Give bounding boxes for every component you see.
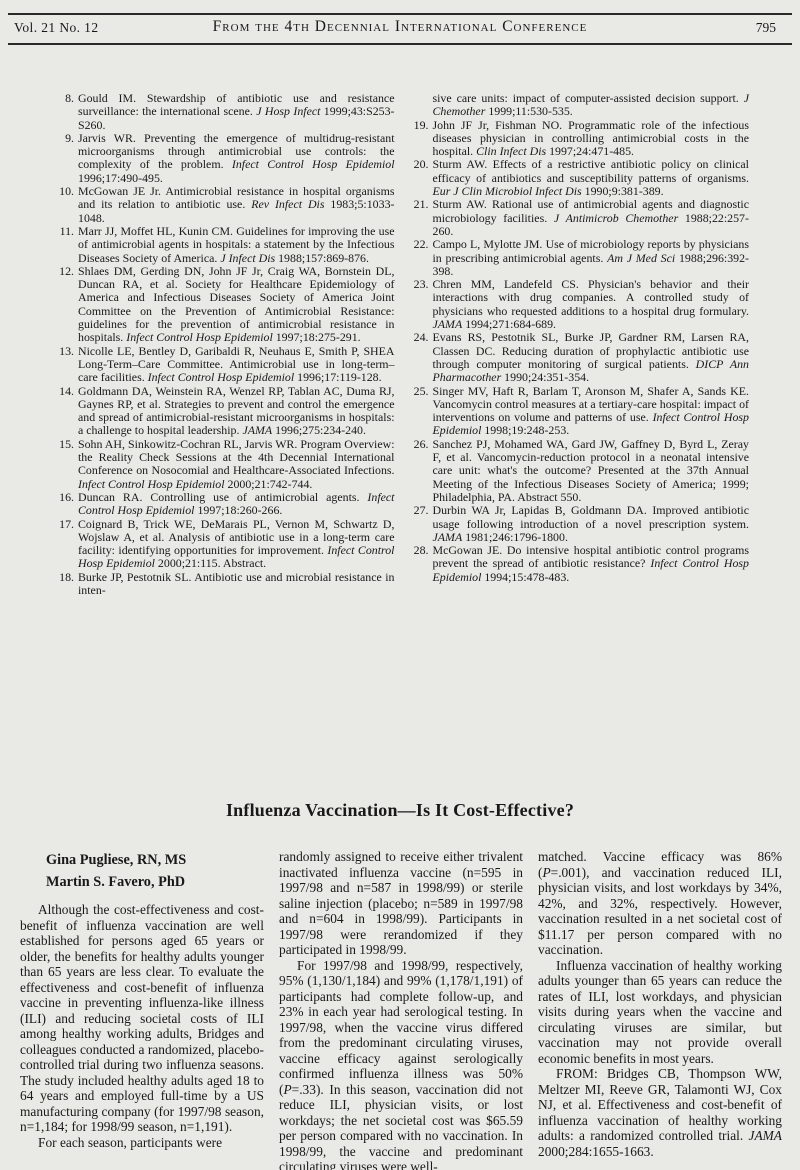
italic-text: JAMA	[433, 317, 463, 331]
reference-item: 9.Jarvis WR. Preventing the emergence of…	[55, 132, 395, 185]
reference-continuation: sive care units: impact of computer-assi…	[410, 92, 750, 119]
italic-text: Clin Infect Dis	[476, 144, 546, 158]
reference-number: 8.	[55, 92, 74, 105]
article-paragraph: For 1997/98 and 1998/99, respectively, 9…	[279, 958, 523, 1170]
italic-text: Infect Control Hosp Epidemiol	[232, 157, 395, 171]
reference-item: 28.McGowan JE. Do intensive hospital ant…	[410, 544, 750, 584]
article-paragraph: For each season, participants were	[20, 1135, 264, 1151]
reference-number: 27.	[410, 504, 429, 517]
text-run: 1994;15:478-483.	[481, 570, 569, 584]
reference-number: 19.	[410, 119, 429, 132]
reference-number: 21.	[410, 198, 429, 211]
italic-text: JAMA	[242, 423, 272, 437]
italic-text: P	[542, 865, 550, 880]
italic-text: JAMA	[749, 1128, 782, 1143]
journal-page: Vol. 21 No. 12 From the 4th Decennial In…	[0, 0, 800, 1170]
text-run: 1990;24:351-354.	[501, 370, 589, 384]
reference-number: 10.	[55, 185, 74, 198]
reference-number: 26.	[410, 438, 429, 451]
reference-number: 20.	[410, 158, 429, 171]
text-run: Burke JP, Pestotnik SL. Antibiotic use a…	[78, 570, 395, 597]
reference-item: 22.Campo L, Mylotte JM. Use of microbiol…	[410, 238, 750, 278]
reference-number: 23.	[410, 278, 429, 291]
italic-text: Infect Control Hosp Epidemiol	[126, 330, 273, 344]
reference-item: 21.Sturm AW. Rational use of antimicrobi…	[410, 198, 750, 238]
reference-number: 12.	[55, 265, 74, 278]
reference-list: 8.Gould IM. Stewardship of antibiotic us…	[55, 92, 749, 597]
italic-text: Infect Control Hosp Epidemiol	[148, 370, 295, 384]
header-rule-bottom	[8, 43, 792, 45]
italic-text: P	[283, 1082, 291, 1097]
page-number: 795	[756, 20, 776, 36]
text-run: 1997;18:260-266.	[195, 503, 283, 517]
author-name-2: Martin S. Favero, PhD	[46, 871, 264, 893]
reference-item: 27.Durbin WA Jr, Lapidas B, Goldmann DA.…	[410, 504, 750, 544]
text-run: Duncan RA. Controlling use of antimicrob…	[78, 490, 367, 504]
article-paragraph: randomly assigned to receive either triv…	[279, 849, 523, 958]
text-run: 1999;11:530-535.	[485, 104, 572, 118]
reference-item: 10.McGowan JE Jr. Antimicrobial resistan…	[55, 185, 395, 225]
reference-item: 15.Sohn AH, Sinkowitz-Cochran RL, Jarvis…	[55, 438, 395, 491]
italic-text: Eur J Clin Microbiol Infect Dis	[433, 184, 582, 198]
text-run: Sturm AW. Effects of a restrictive antib…	[433, 157, 750, 184]
text-run: Although the cost-effectiveness and cost…	[20, 902, 264, 1134]
references-column-right: sive care units: impact of computer-assi…	[410, 92, 750, 597]
article-paragraph: Influenza vaccination of healthy working…	[538, 958, 782, 1067]
italic-text: JAMA	[433, 530, 463, 544]
article-paragraph: Although the cost-effectiveness and cost…	[20, 902, 264, 1135]
reference-item: 20.Sturm AW. Effects of a restrictive an…	[410, 158, 750, 198]
header-row: Vol. 21 No. 12 From the 4th Decennial In…	[8, 15, 792, 43]
reference-item: 25.Singer MV, Haft R, Barlam T, Aronson …	[410, 385, 750, 438]
italic-text: J Infect Dis	[220, 251, 275, 265]
article-paragraph: matched. Vaccine efficacy was 86% (P=.00…	[538, 849, 782, 958]
reference-number: 13.	[55, 345, 74, 358]
text-run: =.001), and vaccination reduced ILI, phy…	[538, 865, 782, 958]
text-run: 1981;246:1796-1800.	[462, 530, 568, 544]
text-run: 1996;275:234-240.	[272, 423, 366, 437]
reference-number: 24.	[410, 331, 429, 344]
reference-item: 13.Nicolle LE, Bentley D, Garibaldi R, N…	[55, 345, 395, 385]
reference-item: 26.Sanchez PJ, Mohamed WA, Gard JW, Gaff…	[410, 438, 750, 504]
text-run: 2000;284:1655-1663.	[538, 1144, 654, 1159]
text-run: Sanchez PJ, Mohamed WA, Gard JW, Gaffney…	[433, 437, 750, 504]
reference-item: 19.John JF Jr, Fishman NO. Programmatic …	[410, 119, 750, 159]
author-block: Gina Pugliese, RN, MS Martin S. Favero, …	[20, 849, 264, 893]
reference-item: 11.Marr JJ, Moffet HL, Kunin CM. Guideli…	[55, 225, 395, 265]
text-run: Sohn AH, Sinkowitz-Cochran RL, Jarvis WR…	[78, 437, 395, 478]
reference-number: 15.	[55, 438, 74, 451]
italic-text: J Hosp Infect	[256, 104, 320, 118]
text-run: 1988;157:869-876.	[275, 251, 369, 265]
text-run: 1994;271:684-689.	[462, 317, 556, 331]
reference-item: 18.Burke JP, Pestotnik SL. Antibiotic us…	[55, 571, 395, 598]
article-paragraph: FROM: Bridges CB, Thompson WW, Meltzer M…	[538, 1066, 782, 1159]
article-column-3: matched. Vaccine efficacy was 86% (P=.00…	[538, 849, 782, 1170]
reference-number: 22.	[410, 238, 429, 251]
reference-item: 24.Evans RS, Pestotnik SL, Burke JP, Gar…	[410, 331, 750, 384]
references-column-left: 8.Gould IM. Stewardship of antibiotic us…	[55, 92, 395, 597]
reference-number: 9.	[55, 132, 74, 145]
article-column-1: Gina Pugliese, RN, MS Martin S. Favero, …	[20, 849, 264, 1170]
italic-text: Infect Control Hosp Epidemiol	[78, 477, 225, 491]
italic-text: Rev Infect Dis	[251, 197, 324, 211]
text-run: 1998;19:248-253.	[481, 423, 569, 437]
page-header: Vol. 21 No. 12 From the 4th Decennial In…	[8, 13, 792, 45]
volume-issue: Vol. 21 No. 12	[14, 20, 98, 36]
reference-number: 17.	[55, 518, 74, 531]
text-run: For 1997/98 and 1998/99, respectively, 9…	[279, 958, 523, 1097]
text-run: FROM: Bridges CB, Thompson WW, Meltzer M…	[538, 1066, 782, 1143]
reference-item: 17.Coignard B, Trick WE, DeMarais PL, Ve…	[55, 518, 395, 571]
text-run: randomly assigned to receive either triv…	[279, 849, 523, 957]
reference-item: 16.Duncan RA. Controlling use of antimic…	[55, 491, 395, 518]
reference-number: 11.	[55, 225, 74, 238]
italic-text: J Antimicrob Chemother	[554, 211, 678, 225]
running-head: From the 4th Decennial International Con…	[213, 18, 588, 36]
text-run: 2000;21:742-744.	[225, 477, 313, 491]
author-name-1: Gina Pugliese, RN, MS	[46, 849, 264, 871]
reference-number: 18.	[55, 571, 74, 584]
text-run: 1996;17:490-495.	[78, 171, 163, 185]
reference-item: 14.Goldmann DA, Weinstein RA, Wenzel RP,…	[55, 385, 395, 438]
article-column-2: randomly assigned to receive either triv…	[279, 849, 523, 1170]
reference-item: 12.Shlaes DM, Gerding DN, John JF Jr, Cr…	[55, 265, 395, 345]
article-title: Influenza Vaccination—Is It Cost-Effecti…	[0, 800, 800, 821]
reference-item: 23.Chren MM, Landefeld CS. Physician's b…	[410, 278, 750, 331]
italic-text: Am J Med Sci	[607, 251, 675, 265]
text-run: 1990;9:381-389.	[582, 184, 664, 198]
text-run: 2000;21:115. Abstract.	[155, 556, 266, 570]
text-run: 1997;18:275-291.	[273, 330, 361, 344]
text-run: sive care units: impact of computer-assi…	[433, 91, 744, 105]
text-run: 1996;17:119-128.	[294, 370, 381, 384]
reference-number: 14.	[55, 385, 74, 398]
reference-number: 25.	[410, 385, 429, 398]
text-run: For each season, participants were	[38, 1135, 222, 1150]
text-run: =.33). In this season, vaccination did n…	[279, 1082, 523, 1170]
text-run: Influenza vaccination of healthy working…	[538, 958, 782, 1066]
reference-number: 16.	[55, 491, 74, 504]
text-run: Durbin WA Jr, Lapidas B, Goldmann DA. Im…	[433, 503, 750, 530]
text-run: 1997;24:471-485.	[546, 144, 634, 158]
reference-number: 28.	[410, 544, 429, 557]
reference-item: 8.Gould IM. Stewardship of antibiotic us…	[55, 92, 395, 132]
text-run: Chren MM, Landefeld CS. Physician's beha…	[433, 277, 750, 318]
article-body: Gina Pugliese, RN, MS Martin S. Favero, …	[20, 849, 782, 1170]
